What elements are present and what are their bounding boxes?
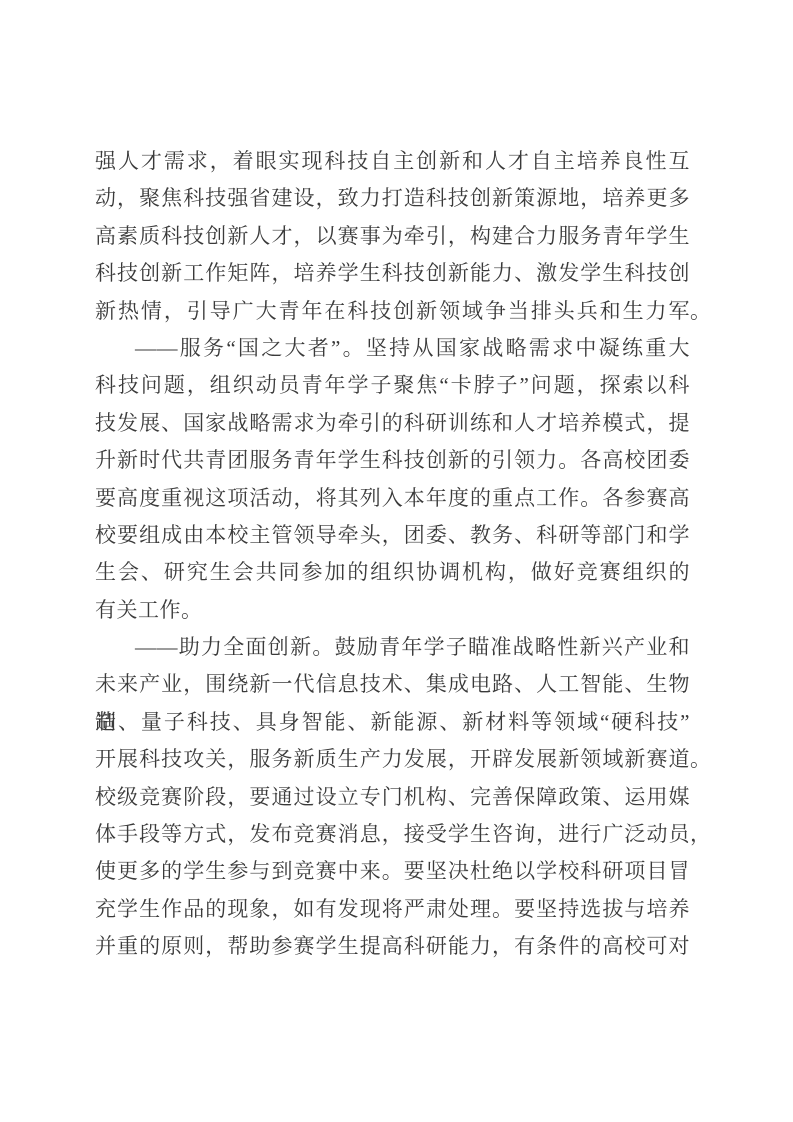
hanging-punctuation: 。 bbox=[690, 741, 712, 778]
text-line: 强人才需求，着眼实现科技自主创新和人才自主培养良性互 bbox=[95, 143, 690, 180]
text-line: 造、量子科技、具身智能、新能源、新材料等领域“硬科技” bbox=[95, 704, 690, 741]
text-line: 开展科技攻关，服务新质生产力发展，开辟发展新领域新赛道。 bbox=[95, 741, 690, 778]
text-line: ——服务“国之大者”。坚持从国家战略需求中凝练重大 bbox=[95, 330, 690, 367]
text-line: 有关工作。 bbox=[95, 592, 690, 629]
text-line: 并重的原则，帮助参赛学生提高科研能力，有条件的高校可对 bbox=[95, 928, 690, 965]
text-line: 校要组成由本校主管领导牵头，团委、教务、科研等部门和学 bbox=[95, 517, 690, 554]
document-page: 强人才需求，着眼实现科技自主创新和人才自主培养良性互动，聚焦科技强省建设，致力打… bbox=[0, 0, 793, 1122]
text-block: 强人才需求，着眼实现科技自主创新和人才自主培养良性互动，聚焦科技强省建设，致力打… bbox=[95, 143, 690, 966]
hanging-punctuation: 。 bbox=[690, 293, 712, 330]
text-line: 动，聚焦科技强省建设，致力打造科技创新策源地，培养更多 bbox=[95, 180, 690, 217]
text-line: 充学生作品的现象，如有发现将严肃处理。要坚持选拔与培养 bbox=[95, 891, 690, 928]
paragraph: 强人才需求，着眼实现科技自主创新和人才自主培养良性互动，聚焦科技强省建设，致力打… bbox=[95, 143, 690, 330]
text-line: 高素质科技创新人才，以赛事为牵引，构建合力服务青年学生 bbox=[95, 218, 690, 255]
text-line: 新热情，引导广大青年在科技创新领域争当排头兵和生力军。 bbox=[95, 293, 690, 330]
text-line: 校级竞赛阶段，要通过设立专门机构、完善保障政策、运用媒 bbox=[95, 779, 690, 816]
text-line: 使更多的学生参与到竞赛中来。要坚决杜绝以学校科研项目冒 bbox=[95, 853, 690, 890]
paragraph: ——服务“国之大者”。坚持从国家战略需求中凝练重大科技问题，组织动员青年学子聚焦… bbox=[95, 330, 690, 629]
text-line: 体手段等方式，发布竞赛消息，接受学生咨询，进行广泛动员， bbox=[95, 816, 690, 853]
text-line: 科技问题，组织动员青年学子聚焦“卡脖子”问题，探索以科 bbox=[95, 367, 690, 404]
text-line: 升新时代共青团服务青年学生科技创新的引领力。各高校团委 bbox=[95, 442, 690, 479]
text-line: ——助力全面创新。鼓励青年学子瞄准战略性新兴产业和 bbox=[95, 629, 690, 666]
text-line: 生会、研究生会共同参加的组织协调机构，做好竞赛组织的 bbox=[95, 554, 690, 591]
text-line: 技发展、国家战略需求为牵引的科研训练和人才培养模式，提 bbox=[95, 405, 690, 442]
hanging-punctuation: ， bbox=[690, 816, 712, 853]
text-line: 未来产业，围绕新一代信息技术、集成电路、人工智能、生物制 bbox=[95, 666, 690, 703]
text-line: 要高度重视这项活动，将其列入本年度的重点工作。各参赛高 bbox=[95, 480, 690, 517]
text-line: 科技创新工作矩阵，培养学生科技创新能力、激发学生科技创 bbox=[95, 255, 690, 292]
paragraph: ——助力全面创新。鼓励青年学子瞄准战略性新兴产业和未来产业，围绕新一代信息技术、… bbox=[95, 629, 690, 966]
